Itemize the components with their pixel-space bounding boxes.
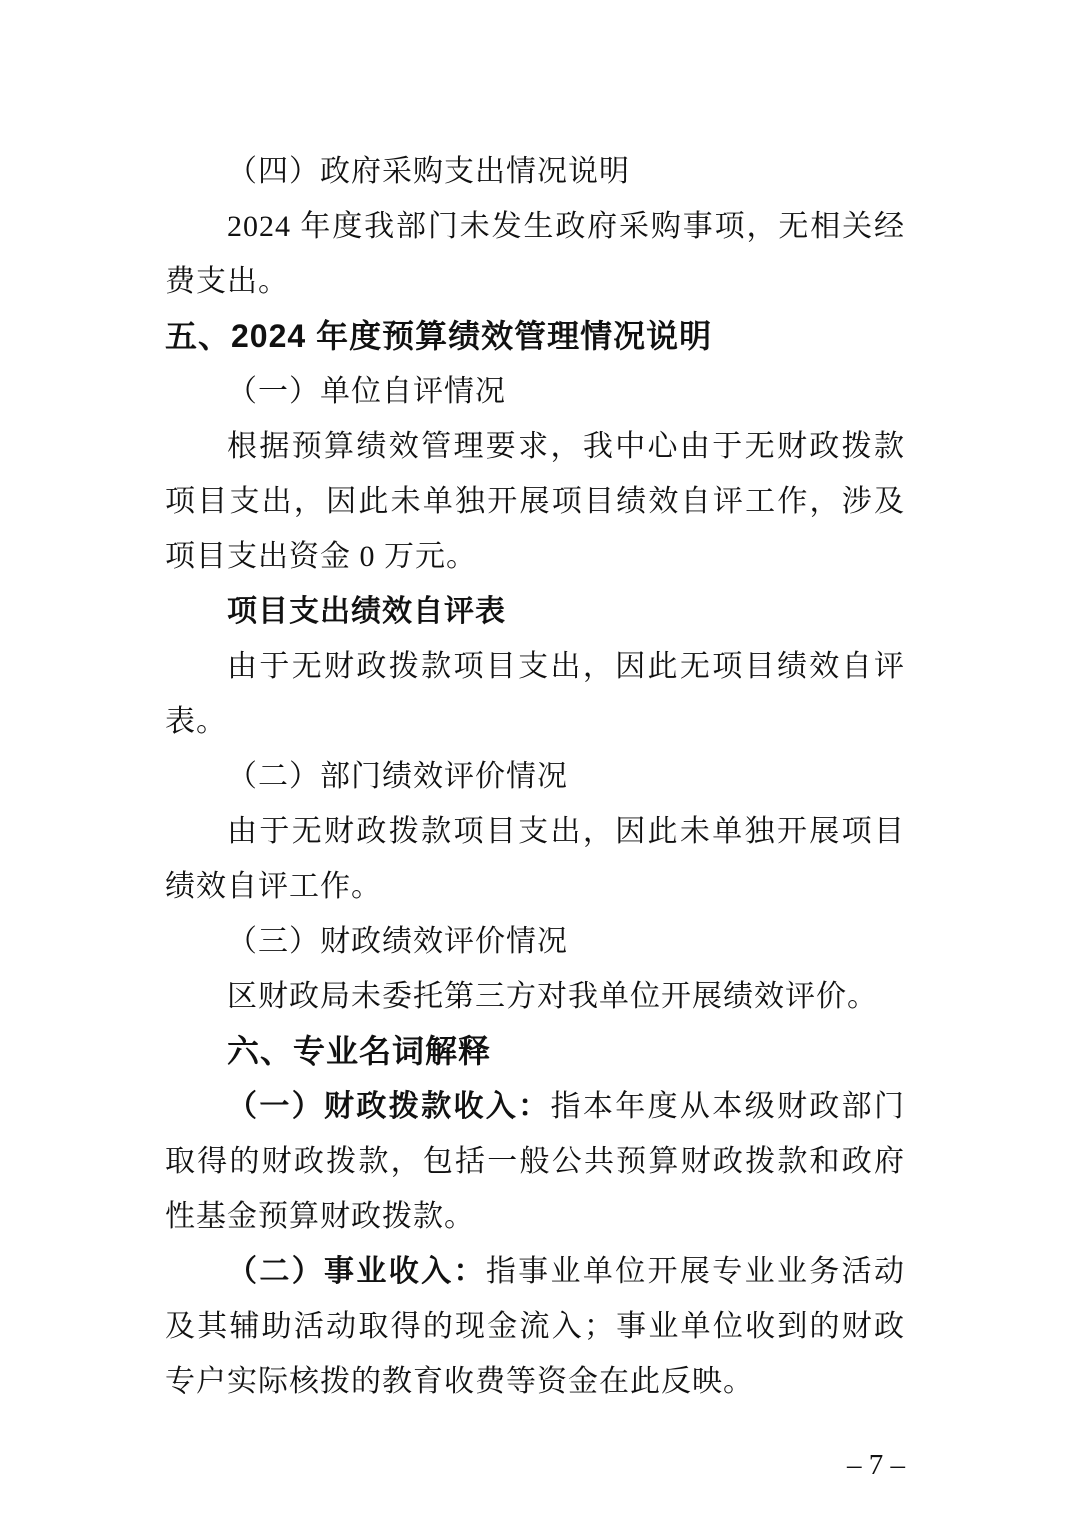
para-gov-procurement: 2024 年度我部门未发生政府采购事项，无相关经费支出。 bbox=[165, 199, 905, 309]
section-heading-3-fiscal-evaluation: （三）财政绩效评价情况 bbox=[165, 914, 905, 969]
para-no-self-evaluation-table: 由于无财政拨款项目支出，因此无项目绩效自评表。 bbox=[165, 639, 905, 749]
section-heading-4-gov-procurement: （四）政府采购支出情况说明 bbox=[165, 144, 905, 199]
document-page: （四）政府采购支出情况说明 2024 年度我部门未发生政府采购事项，无相关经费支… bbox=[0, 0, 1069, 1515]
chapter-6-heading: 六、专业名词解释 bbox=[165, 1024, 905, 1079]
def-fiscal-appropriation-income: （一）财政拨款收入：指本年度从本级财政部门取得的财政拨款，包括一般公共预算财政拨… bbox=[165, 1079, 905, 1244]
chapter-5-heading: 五、2024 年度预算绩效管理情况说明 bbox=[165, 309, 905, 364]
table-title-project-performance: 项目支出绩效自评表 bbox=[165, 584, 905, 639]
para-fiscal-evaluation: 区财政局未委托第三方对我单位开展绩效评价。 bbox=[165, 969, 905, 1024]
document-body: （四）政府采购支出情况说明 2024 年度我部门未发生政府采购事项，无相关经费支… bbox=[165, 144, 905, 1409]
section-heading-1-self-evaluation: （一）单位自评情况 bbox=[165, 364, 905, 419]
definition-term-public-institution-income: （二）事业收入： bbox=[227, 1255, 486, 1288]
para-self-evaluation: 根据预算绩效管理要求，我中心由于无财政拨款项目支出，因此未单独开展项目绩效自评工… bbox=[165, 419, 905, 584]
definition-term-fiscal-appropriation: （一）财政拨款收入： bbox=[227, 1090, 551, 1123]
page-footer: – 7 – bbox=[165, 1445, 905, 1485]
def-public-institution-income: （二）事业收入：指事业单位开展专业业务活动及其辅助活动取得的现金流入；事业单位收… bbox=[165, 1244, 905, 1409]
page-number: – 7 – bbox=[847, 1449, 905, 1481]
section-heading-2-department-evaluation: （二）部门绩效评价情况 bbox=[165, 749, 905, 804]
para-department-evaluation: 由于无财政拨款项目支出，因此未单独开展项目绩效自评工作。 bbox=[165, 804, 905, 914]
